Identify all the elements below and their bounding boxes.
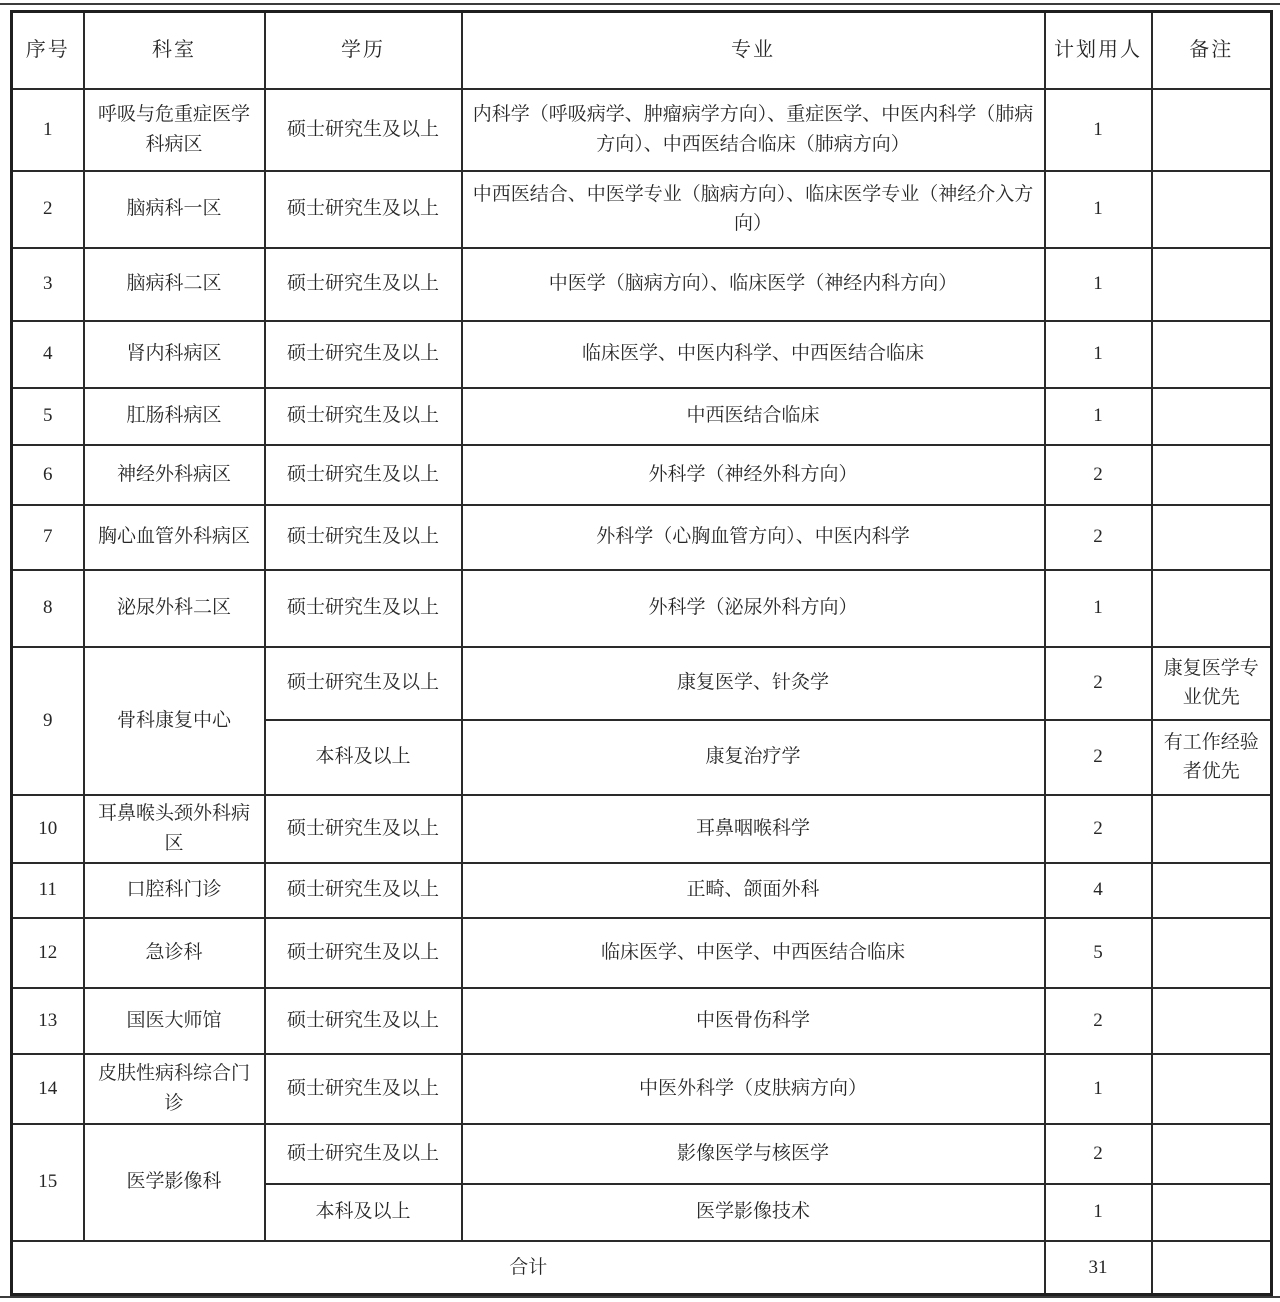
education-cell: 硕士研究生及以上: [265, 505, 462, 570]
row-no-cell: 12: [12, 918, 84, 988]
table-row: 5肛肠科病区硕士研究生及以上中西医结合临床1: [12, 388, 1272, 445]
department-cell: 耳鼻喉头颈外科病区: [84, 795, 265, 863]
education-cell: 硕士研究生及以上: [265, 445, 462, 505]
headcount-cell: 1: [1045, 171, 1152, 248]
row-no-cell: 13: [12, 988, 84, 1054]
headcount-cell: 2: [1045, 988, 1152, 1054]
major-cell: 中西医结合、中医学专业（脑病方向）、临床医学专业（神经介入方向）: [462, 171, 1045, 248]
row-no-cell: 1: [12, 89, 84, 171]
headcount-cell: 1: [1045, 388, 1152, 445]
row-no-cell: 15: [12, 1124, 84, 1241]
department-cell: 脑病科一区: [84, 171, 265, 248]
row-no-cell: 2: [12, 171, 84, 248]
remark-cell: [1152, 171, 1272, 248]
total-label-cell: 合计: [12, 1241, 1045, 1295]
department-cell: 急诊科: [84, 918, 265, 988]
major-cell: 中医骨伤科学: [462, 988, 1045, 1054]
bottom-rule: [0, 1296, 1280, 1298]
remark-cell: [1152, 388, 1272, 445]
headcount-cell: 1: [1045, 248, 1152, 321]
major-cell: 临床医学、中医内科学、中西医结合临床: [462, 321, 1045, 388]
remark-cell: 有工作经验者优先: [1152, 720, 1272, 795]
headcount-cell: 2: [1045, 505, 1152, 570]
row-no-cell: 4: [12, 321, 84, 388]
total-count-cell: 31: [1045, 1241, 1152, 1295]
headcount-cell: 5: [1045, 918, 1152, 988]
table-row: 11口腔科门诊硕士研究生及以上正畸、颌面外科4: [12, 863, 1272, 918]
major-cell: 康复治疗学: [462, 720, 1045, 795]
table-row: 9骨科康复中心硕士研究生及以上康复医学、针灸学2康复医学专业优先: [12, 647, 1272, 720]
education-cell: 硕士研究生及以上: [265, 171, 462, 248]
headcount-cell: 1: [1045, 1054, 1152, 1124]
headcount-cell: 1: [1045, 89, 1152, 171]
col-header-education: 学历: [265, 12, 462, 89]
major-cell: 中医学（脑病方向）、临床医学（神经内科方向）: [462, 248, 1045, 321]
total-row: 合计31: [12, 1241, 1272, 1295]
remark-cell: [1152, 1124, 1272, 1184]
major-cell: 中医外科学（皮肤病方向）: [462, 1054, 1045, 1124]
headcount-cell: 4: [1045, 863, 1152, 918]
col-header-headcount: 计划用人: [1045, 12, 1152, 89]
department-cell: 胸心血管外科病区: [84, 505, 265, 570]
department-cell: 皮肤性病科综合门诊: [84, 1054, 265, 1124]
row-no-cell: 8: [12, 570, 84, 647]
education-cell: 硕士研究生及以上: [265, 918, 462, 988]
headcount-cell: 2: [1045, 1124, 1152, 1184]
remark-cell: [1152, 445, 1272, 505]
table-row: 4肾内科病区硕士研究生及以上临床医学、中医内科学、中西医结合临床1: [12, 321, 1272, 388]
major-cell: 内科学（呼吸病学、肿瘤病学方向）、重症医学、中医内科学（肺病方向）、中西医结合临…: [462, 89, 1045, 171]
remark-cell: [1152, 988, 1272, 1054]
table-row: 15医学影像科硕士研究生及以上影像医学与核医学2: [12, 1124, 1272, 1184]
major-cell: 耳鼻咽喉科学: [462, 795, 1045, 863]
row-no-cell: 14: [12, 1054, 84, 1124]
table-row: 12急诊科硕士研究生及以上临床医学、中医学、中西医结合临床5: [12, 918, 1272, 988]
department-cell: 肛肠科病区: [84, 388, 265, 445]
table-row: 3脑病科二区硕士研究生及以上中医学（脑病方向）、临床医学（神经内科方向）1: [12, 248, 1272, 321]
department-cell: 呼吸与危重症医学科病区: [84, 89, 265, 171]
row-no-cell: 10: [12, 795, 84, 863]
row-no-cell: 3: [12, 248, 84, 321]
table-row: 8泌尿外科二区硕士研究生及以上外科学（泌尿外科方向）1: [12, 570, 1272, 647]
row-no-cell: 7: [12, 505, 84, 570]
table-row: 6神经外科病区硕士研究生及以上外科学（神经外科方向）2: [12, 445, 1272, 505]
education-cell: 硕士研究生及以上: [265, 1124, 462, 1184]
remark-cell: [1152, 795, 1272, 863]
headcount-cell: 2: [1045, 795, 1152, 863]
table-row: 1呼吸与危重症医学科病区硕士研究生及以上内科学（呼吸病学、肿瘤病学方向）、重症医…: [12, 89, 1272, 171]
top-rule: [0, 3, 1280, 5]
remark-cell: [1152, 1184, 1272, 1241]
row-no-cell: 11: [12, 863, 84, 918]
headcount-cell: 2: [1045, 720, 1152, 795]
department-cell: 泌尿外科二区: [84, 570, 265, 647]
major-cell: 外科学（泌尿外科方向）: [462, 570, 1045, 647]
education-cell: 硕士研究生及以上: [265, 89, 462, 171]
headcount-cell: 1: [1045, 321, 1152, 388]
recruitment-plan-table: 序号科室学历专业计划用人备注 1呼吸与危重症医学科病区硕士研究生及以上内科学（呼…: [10, 10, 1273, 1296]
table-row: 13国医大师馆硕士研究生及以上中医骨伤科学2: [12, 988, 1272, 1054]
major-cell: 康复医学、针灸学: [462, 647, 1045, 720]
department-cell: 肾内科病区: [84, 321, 265, 388]
col-header-department: 科室: [84, 12, 265, 89]
major-cell: 正畸、颌面外科: [462, 863, 1045, 918]
major-cell: 中西医结合临床: [462, 388, 1045, 445]
education-cell: 本科及以上: [265, 1184, 462, 1241]
row-no-cell: 6: [12, 445, 84, 505]
major-cell: 外科学（神经外科方向）: [462, 445, 1045, 505]
education-cell: 硕士研究生及以上: [265, 988, 462, 1054]
row-no-cell: 5: [12, 388, 84, 445]
education-cell: 硕士研究生及以上: [265, 795, 462, 863]
remark-cell: [1152, 89, 1272, 171]
major-cell: 医学影像技术: [462, 1184, 1045, 1241]
remark-cell: 康复医学专业优先: [1152, 647, 1272, 720]
remark-cell: [1152, 1054, 1272, 1124]
remark-cell: [1152, 570, 1272, 647]
remark-cell: [1152, 918, 1272, 988]
department-cell: 国医大师馆: [84, 988, 265, 1054]
remark-cell: [1152, 321, 1272, 388]
education-cell: 硕士研究生及以上: [265, 248, 462, 321]
remark-cell: [1152, 248, 1272, 321]
remark-cell: [1152, 863, 1272, 918]
table-row: 10耳鼻喉头颈外科病区硕士研究生及以上耳鼻咽喉科学2: [12, 795, 1272, 863]
table-row: 14皮肤性病科综合门诊硕士研究生及以上中医外科学（皮肤病方向）1: [12, 1054, 1272, 1124]
headcount-cell: 2: [1045, 647, 1152, 720]
table-row: 7胸心血管外科病区硕士研究生及以上外科学（心胸血管方向）、中医内科学2: [12, 505, 1272, 570]
header-row: 序号科室学历专业计划用人备注: [12, 12, 1272, 89]
department-cell: 脑病科二区: [84, 248, 265, 321]
major-cell: 外科学（心胸血管方向）、中医内科学: [462, 505, 1045, 570]
headcount-cell: 1: [1045, 1184, 1152, 1241]
education-cell: 硕士研究生及以上: [265, 1054, 462, 1124]
col-header-major: 专业: [462, 12, 1045, 89]
table-row: 2脑病科一区硕士研究生及以上中西医结合、中医学专业（脑病方向）、临床医学专业（神…: [12, 171, 1272, 248]
education-cell: 本科及以上: [265, 720, 462, 795]
headcount-cell: 2: [1045, 445, 1152, 505]
major-cell: 临床医学、中医学、中西医结合临床: [462, 918, 1045, 988]
document-page: 序号科室学历专业计划用人备注 1呼吸与危重症医学科病区硕士研究生及以上内科学（呼…: [0, 0, 1280, 1302]
col-header-no: 序号: [12, 12, 84, 89]
col-header-remark: 备注: [1152, 12, 1272, 89]
total-remark-cell: [1152, 1241, 1272, 1295]
department-cell: 口腔科门诊: [84, 863, 265, 918]
education-cell: 硕士研究生及以上: [265, 321, 462, 388]
headcount-cell: 1: [1045, 570, 1152, 647]
education-cell: 硕士研究生及以上: [265, 863, 462, 918]
education-cell: 硕士研究生及以上: [265, 647, 462, 720]
remark-cell: [1152, 505, 1272, 570]
department-cell: 神经外科病区: [84, 445, 265, 505]
department-cell: 医学影像科: [84, 1124, 265, 1241]
major-cell: 影像医学与核医学: [462, 1124, 1045, 1184]
education-cell: 硕士研究生及以上: [265, 570, 462, 647]
row-no-cell: 9: [12, 647, 84, 795]
department-cell: 骨科康复中心: [84, 647, 265, 795]
education-cell: 硕士研究生及以上: [265, 388, 462, 445]
